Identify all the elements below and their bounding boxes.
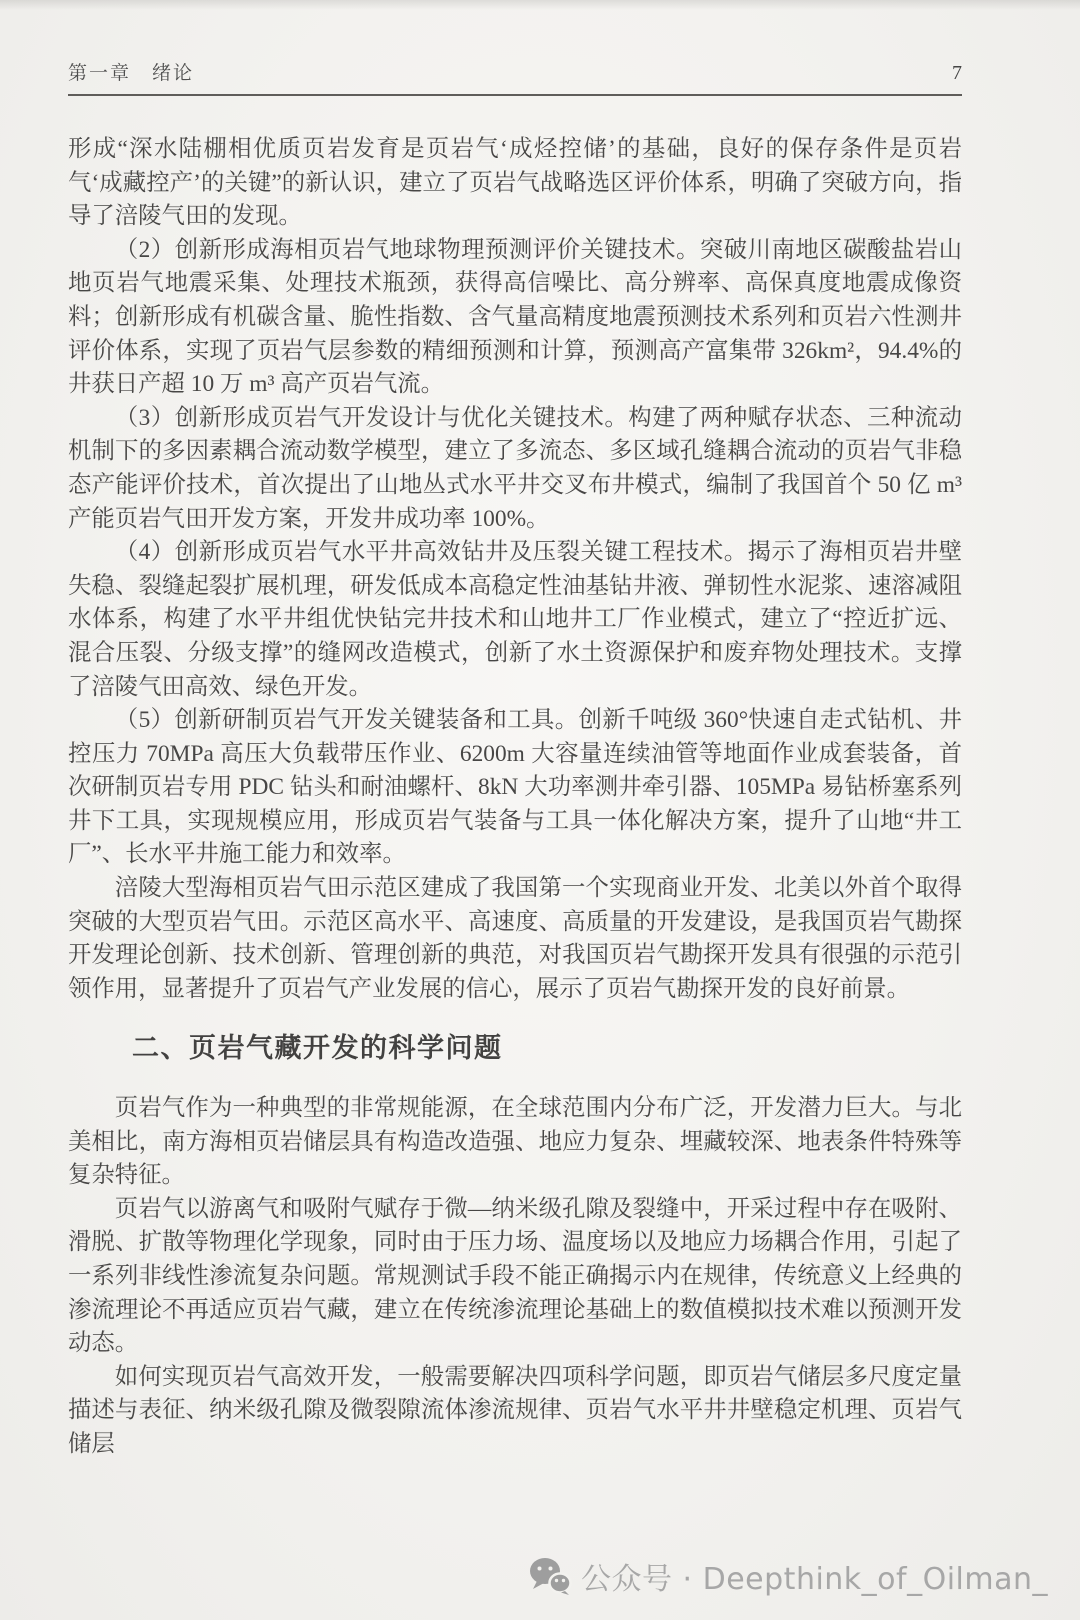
page-content: 第一章 绪论 7 形成“深水陆棚相优质页岩发育是页岩气‘成烃控储’的基础，良好的…	[68, 58, 962, 1462]
watermark-label: 公众号 · Deepthink_of_Oilman_	[581, 1554, 1048, 1598]
section-heading: 二、页岩气藏开发的科学问题	[132, 1032, 962, 1066]
paragraph: 如何实现页岩气高效开发，一般需要解决四项科学问题，即页岩气储层多尺度定量描述与表…	[68, 1361, 962, 1462]
paragraph: 形成“深水陆棚相优质页岩发育是页岩气‘成烃控储’的基础，良好的保存条件是页岩气‘…	[68, 133, 962, 234]
paragraph: （3）创新形成页岩气开发设计与优化关键技术。构建了两种赋存状态、三种流动机制下的…	[68, 402, 962, 536]
page-number: 7	[952, 62, 962, 85]
paragraph: （2）创新形成海相页岩气地球物理预测评价关键技术。突破川南地区碳酸盐岩山地页岩气…	[68, 234, 962, 402]
page-header: 第一章 绪论 7	[68, 58, 962, 96]
wechat-icon	[528, 1557, 572, 1595]
paragraph: 页岩气以游离气和吸附气赋存于微—纳米级孔隙及裂缝中，开采过程中存在吸附、滑脱、扩…	[68, 1193, 962, 1361]
paragraph: 涪陵大型海相页岩气田示范区建成了我国第一个实现商业开发、北美以外首个取得突破的大…	[68, 872, 962, 1006]
paragraph: 页岩气作为一种典型的非常规能源，在全球范围内分布广泛，开发潜力巨大。与北美相比，…	[68, 1092, 962, 1193]
document-page: 第一章 绪论 7 形成“深水陆棚相优质页岩发育是页岩气‘成烃控储’的基础，良好的…	[0, 0, 1080, 1620]
paragraph: （4）创新形成页岩气水平井高效钻井及压裂关键工程技术。揭示了海相页岩井壁失稳、裂…	[68, 536, 962, 704]
chapter-title: 第一章 绪论	[68, 58, 194, 85]
paragraph: （5）创新研制页岩气开发关键装备和工具。创新千吨级 360°快速自走式钻机、井控…	[68, 704, 962, 872]
body-text: 形成“深水陆棚相优质页岩发育是页岩气‘成烃控储’的基础，良好的保存条件是页岩气‘…	[68, 96, 962, 1462]
watermark-footer: 公众号 · Deepthink_of_Oilman_	[528, 1554, 1048, 1598]
